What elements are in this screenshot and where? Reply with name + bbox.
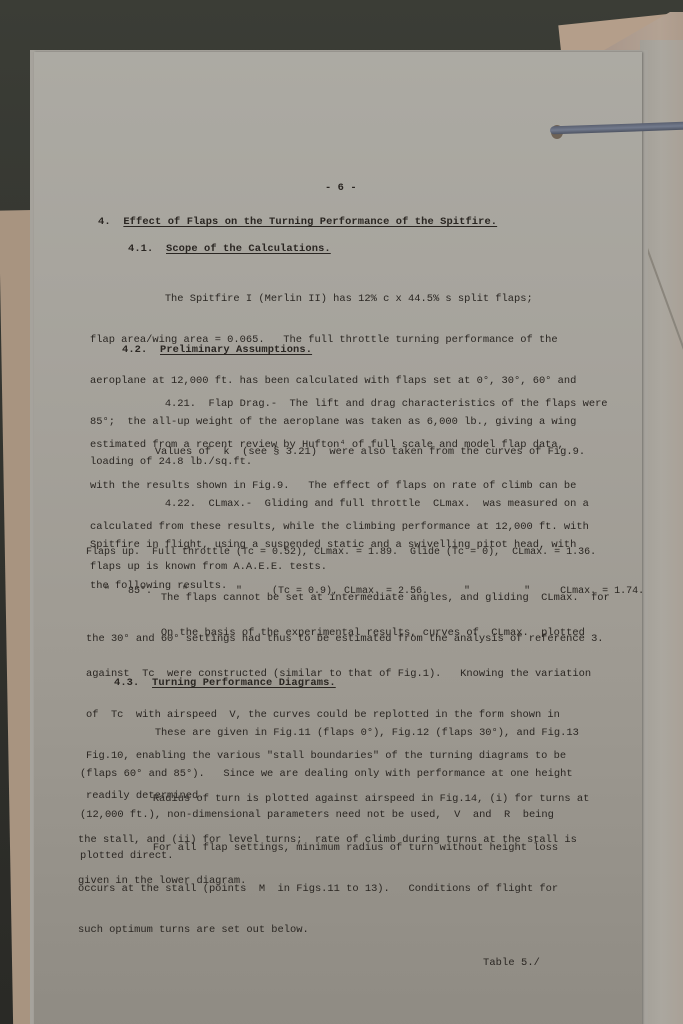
subsection-title: Preliminary Assumptions. xyxy=(160,344,312,356)
page-number: - 6 - xyxy=(325,182,357,195)
subsection-heading-4-3: 4.3. Turning Performance Diagrams. xyxy=(114,677,336,690)
subsection-heading-4-2: 4.2. Preliminary Assumptions. xyxy=(122,344,312,357)
subsection-number: 4.3. xyxy=(114,677,139,689)
paragraph-k-values: Values of k (see § 3.21) were also taken… xyxy=(80,446,585,460)
results-row: Flaps up. Full throttle (Tc = 0.52), CLm… xyxy=(86,546,644,559)
text-line: For all flap settings, minimum radius of… xyxy=(78,842,558,856)
text-line: The Spitfire I (Merlin II) has 12% c x 4… xyxy=(90,293,576,307)
subsection-heading-4-1: 4.1. Scope of the Calculations. xyxy=(128,243,331,256)
subsection-number: 4.2. xyxy=(122,344,147,356)
text-line: 4.21. Flap Drag.- The lift and drag char… xyxy=(90,398,608,412)
text-line: 4.22. CLmax.- Gliding and full throttle … xyxy=(90,498,589,512)
section-number: 4. xyxy=(98,216,111,228)
subsection-title: Turning Performance Diagrams. xyxy=(152,677,336,689)
paragraph-optimum-turns: For all flap settings, minimum radius of… xyxy=(78,815,558,951)
text-line: such optimum turns are set out below. xyxy=(78,924,558,938)
subsection-title: Scope of the Calculations. xyxy=(166,243,331,255)
continuation-marker: Table 5./ xyxy=(483,957,540,970)
text-line: Radius of turn is plotted against airspe… xyxy=(78,793,589,807)
subsection-number: 4.1. xyxy=(128,243,153,255)
section-title: Effect of Flaps on the Turning Performan… xyxy=(123,216,497,228)
text-line: These are given in Fig.11 (flaps 0°), Fi… xyxy=(80,727,579,741)
text-line: On the basis of the experimental results… xyxy=(86,627,591,641)
text-line: occurs at the stall (points M in Figs.11… xyxy=(78,883,558,897)
section-heading: 4. Effect of Flaps on the Turning Perfor… xyxy=(98,216,497,229)
